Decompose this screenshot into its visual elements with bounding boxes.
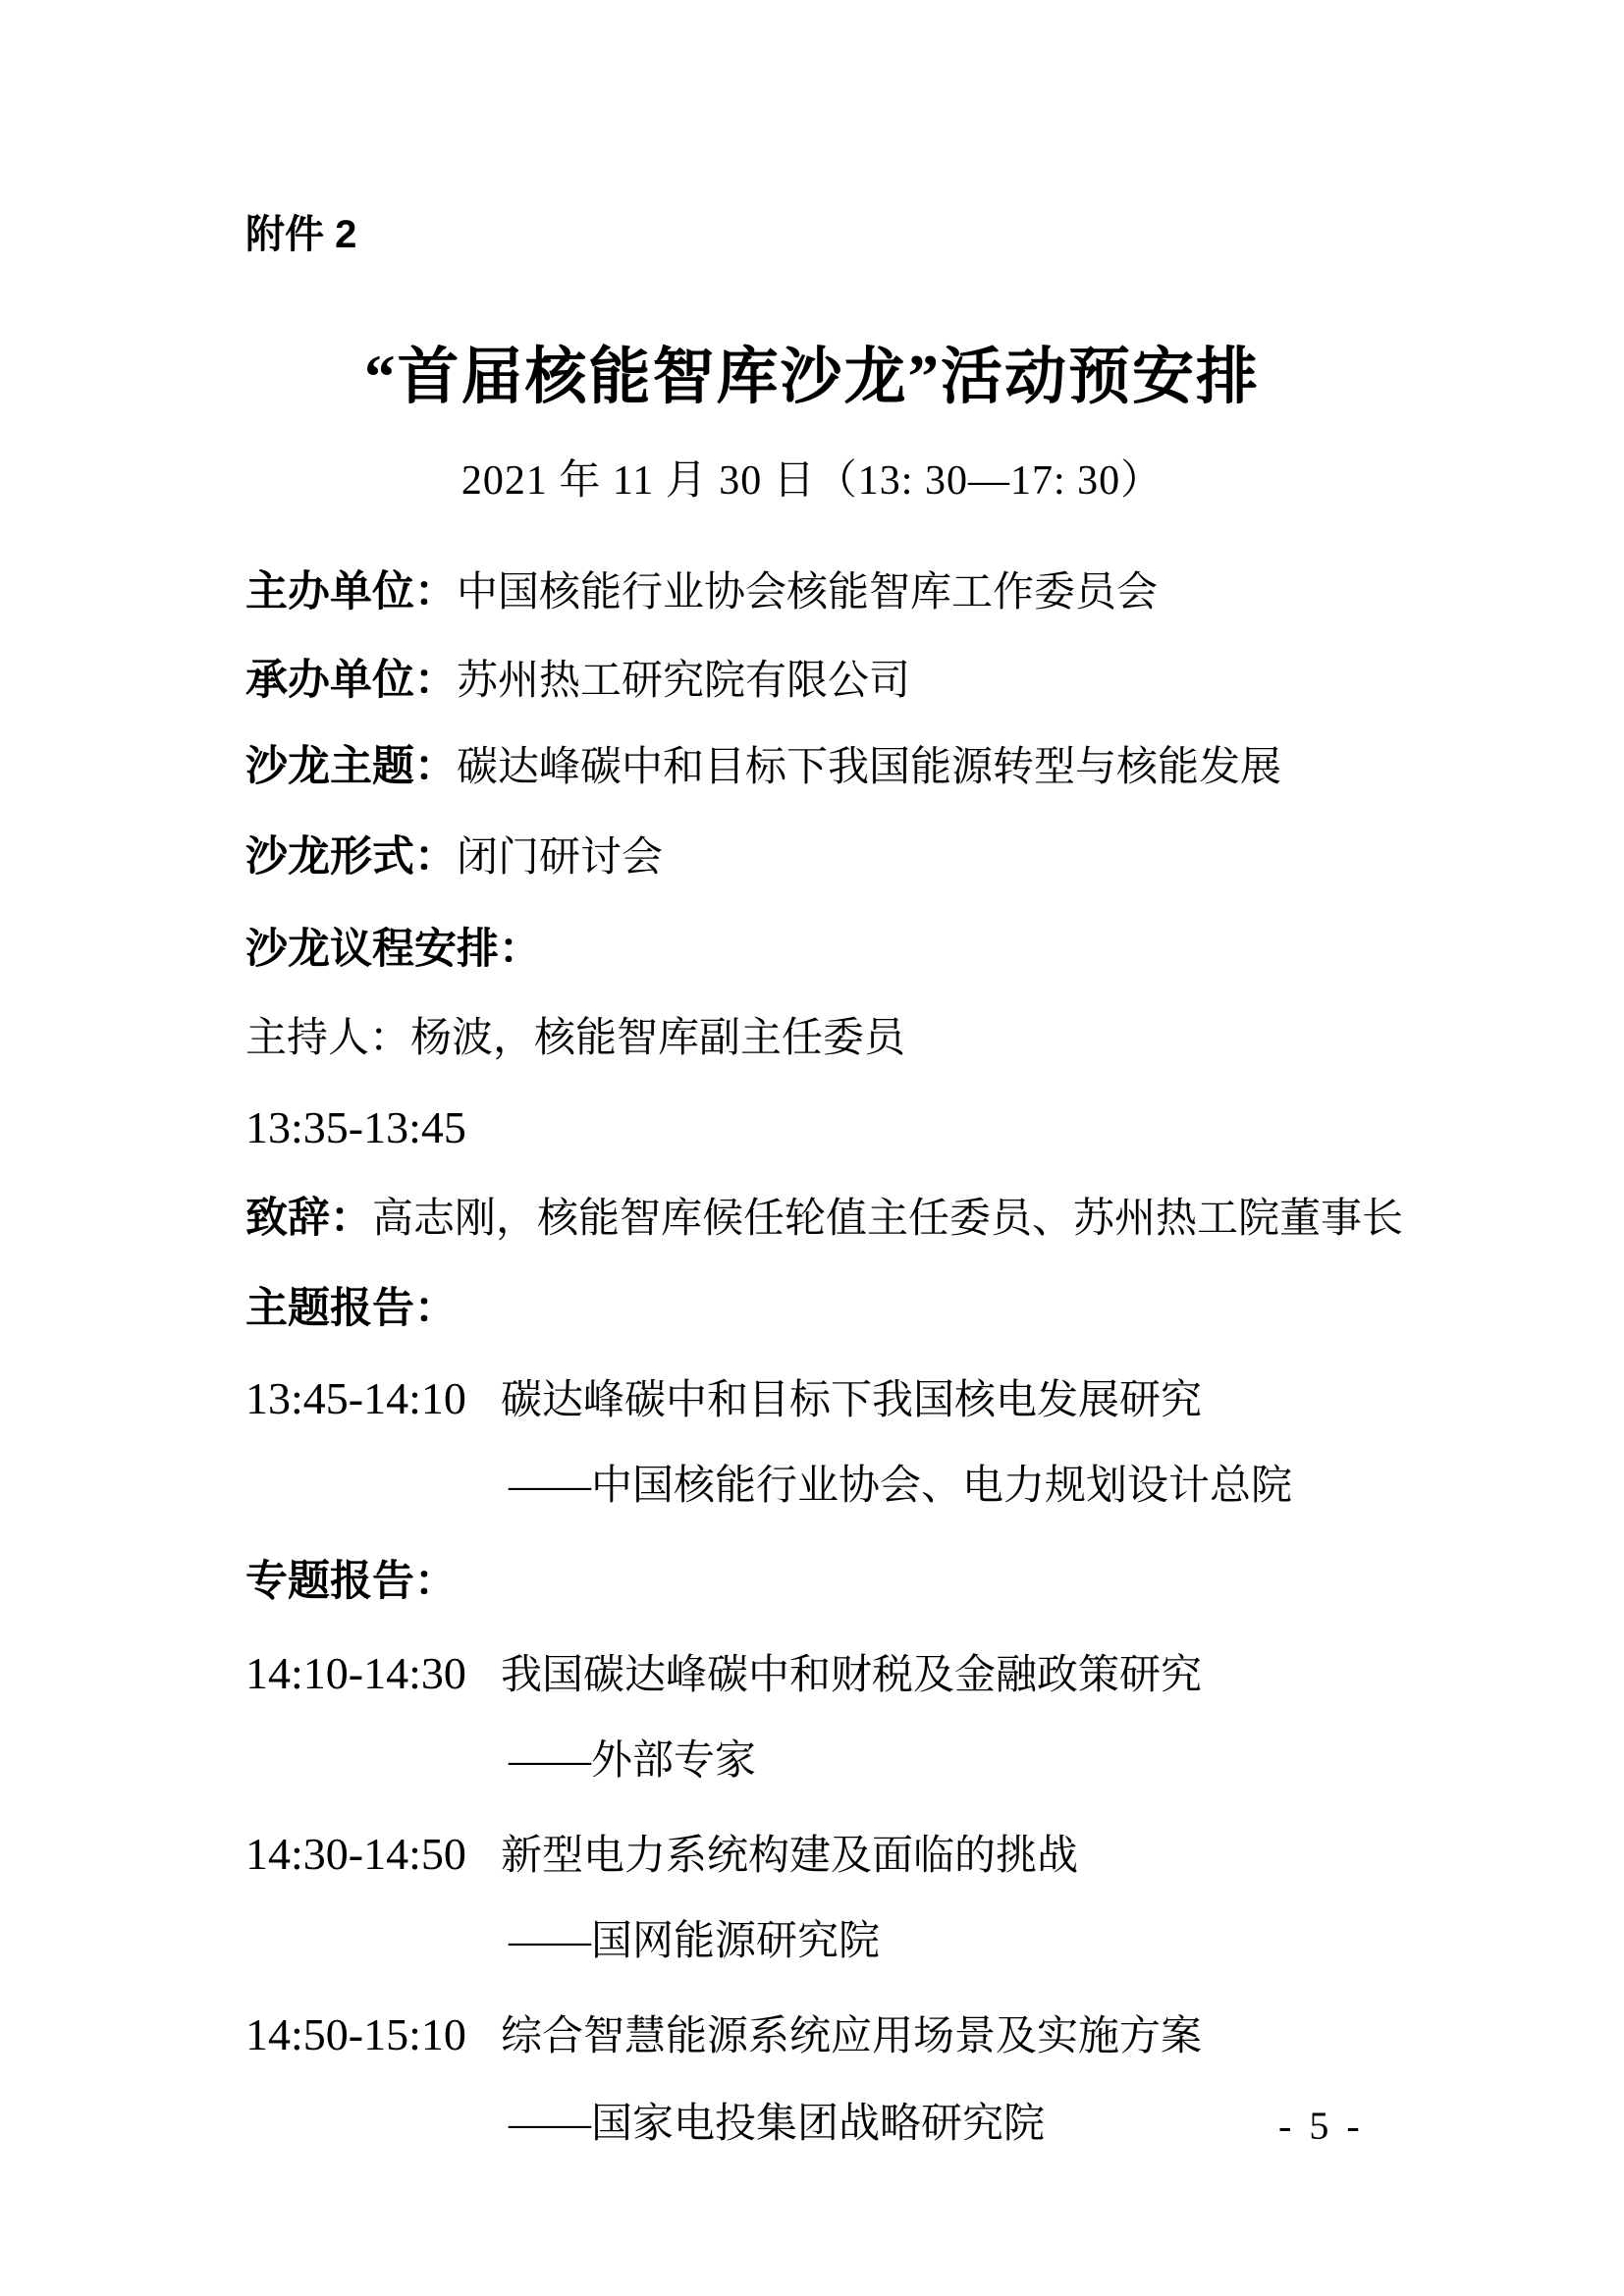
info-label-format: 沙龙形式：	[245, 833, 457, 881]
info-row-format: 沙龙形式：闭门研讨会	[245, 834, 663, 881]
agenda-item-time: 13:45-14:10	[245, 1374, 501, 1423]
info-label-theme: 沙龙主题：	[245, 743, 457, 790]
opening-time: 13:35-13:45	[245, 1103, 466, 1152]
attachment-label: 附件 2	[245, 214, 356, 256]
opening-value: 高志刚，核能智库候任轮值主任委员、苏州热工院董事长	[372, 1197, 1403, 1242]
info-value-organizer: 中国核能行业协会核能智库工作委员会	[457, 570, 1158, 615]
info-row-organizer: 主办单位：中国核能行业协会核能智库工作委员会	[245, 569, 1158, 615]
agenda-item-row: 14:10-14:30我国碳达峰碳中和财税及金融政策研究	[245, 1649, 1202, 1698]
agenda-item-row: 13:45-14:10碳达峰碳中和目标下我国核电发展研究	[245, 1374, 1202, 1423]
host-value: 杨波，核能智库副主任委员	[410, 1016, 905, 1061]
agenda-item-topic: 综合智慧能源系统应用场景及实施方案	[501, 2014, 1202, 2059]
agenda-heading: 沙龙议程安排：	[245, 927, 541, 972]
event-date: 2021 年 11 月 30 日（13: 30—17: 30）	[0, 459, 1624, 504]
document-page: 附件 2 “首届核能智库沙龙”活动预安排 2021 年 11 月 30 日（13…	[0, 0, 1624, 2296]
agenda-item-time: 14:10-14:30	[245, 1649, 501, 1698]
agenda-item-topic: 新型电力系统构建及面临的挑战	[501, 1834, 1078, 1879]
keynote-heading: 主题报告：	[245, 1286, 457, 1331]
info-label-undertaker: 承办单位：	[245, 657, 457, 704]
info-value-undertaker: 苏州热工研究院有限公司	[457, 659, 910, 704]
opening-line: 致辞：高志刚，核能智库候任轮值主任委员、苏州热工院董事长	[245, 1196, 1403, 1242]
agenda-item-time: 14:30-14:50	[245, 1830, 501, 1879]
info-value-theme: 碳达峰碳中和目标下我国能源转型与核能发展	[457, 745, 1281, 790]
agenda-item-topic: 我国碳达峰碳中和财税及金融政策研究	[501, 1653, 1202, 1698]
info-row-undertaker: 承办单位：苏州热工研究院有限公司	[245, 658, 910, 704]
agenda-item-topic: 碳达峰碳中和目标下我国核电发展研究	[501, 1378, 1202, 1423]
host-label: 主持人：	[245, 1016, 410, 1061]
agenda-item-row: 14:50-15:10综合智慧能源系统应用场景及实施方案	[245, 2010, 1202, 2059]
page-title: “首届核能智库沙龙”活动预安排	[0, 344, 1624, 410]
info-row-theme: 沙龙主题：碳达峰碳中和目标下我国能源转型与核能发展	[245, 744, 1281, 790]
host-line: 主持人：杨波，核能智库副主任委员	[245, 1017, 905, 1061]
page-number: - 5 -	[1278, 2105, 1364, 2147]
agenda-item-presenter: ——国网能源研究院	[509, 1920, 880, 1964]
agenda-item-time: 14:50-15:10	[245, 2010, 501, 2059]
agenda-item-presenter: ——国家电投集团战略研究院	[509, 2103, 1045, 2147]
agenda-item-row: 14:30-14:50新型电力系统构建及面临的挑战	[245, 1830, 1078, 1879]
opening-label: 致辞：	[245, 1195, 372, 1242]
info-value-format: 闭门研讨会	[457, 835, 663, 881]
agenda-item-presenter: ——中国核能行业协会、电力规划设计总院	[509, 1465, 1292, 1509]
agenda-item-presenter: ——外部专家	[509, 1739, 756, 1784]
info-label-organizer: 主办单位：	[245, 568, 457, 615]
special-heading: 专题报告：	[245, 1559, 457, 1604]
